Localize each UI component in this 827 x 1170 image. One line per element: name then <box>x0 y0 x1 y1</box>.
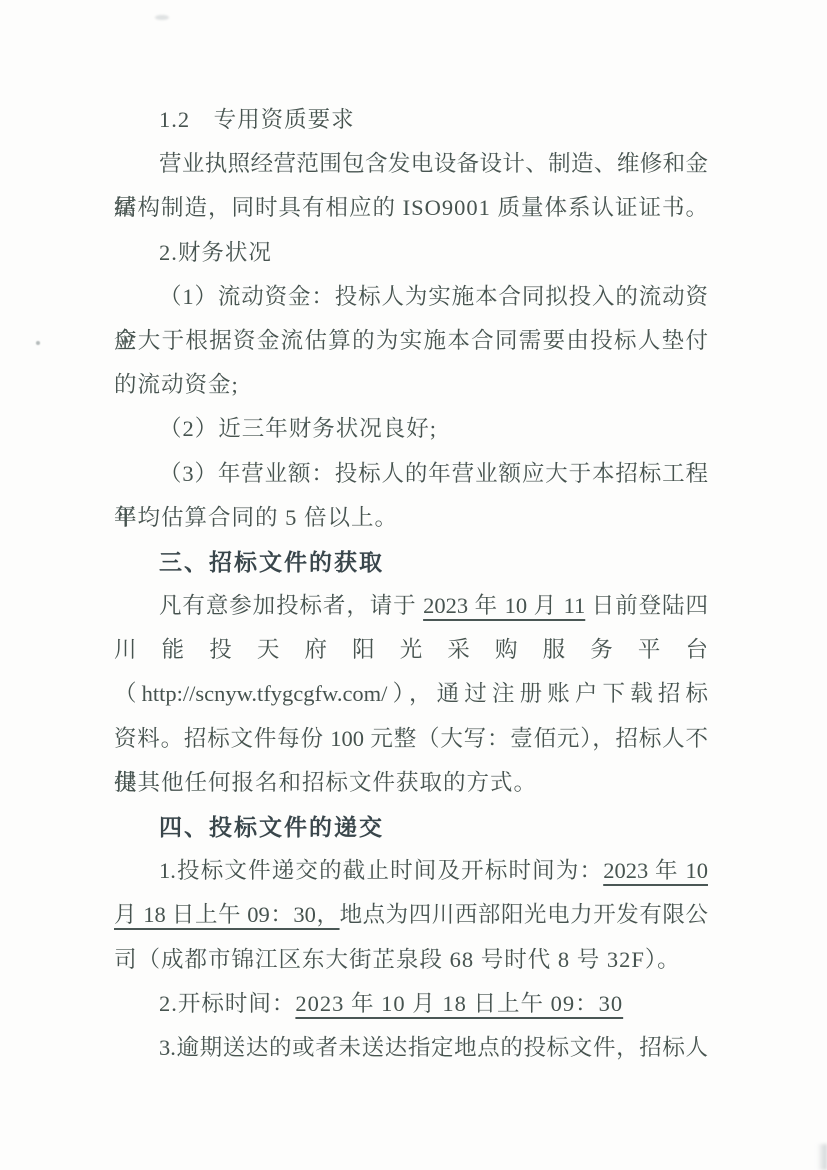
license-scope-line-1: 营业执照经营范围包含发电设备设计、制造、维修和金属 <box>114 142 708 186</box>
submission-deadline-line-1-pre: 1.投标文件递交的截止时间及开标时间为： <box>159 858 603 883</box>
submission-deadline-time-underlined: 月 18 日上午 09：30， <box>114 902 340 927</box>
obtain-para-line-1-post: 日前登陆四 <box>585 593 708 618</box>
bid-opening-time-label: 2.开标时间： <box>159 991 295 1016</box>
license-scope-line-2-text: 结构制造，同时具有相应的 ISO9001 质量体系认证证书。 <box>114 195 709 220</box>
section-heading-obtain-documents-text: 三、招标文件的获取 <box>159 549 384 575</box>
section-heading-submit-documents: 四、投标文件的递交 <box>114 805 708 849</box>
submission-deadline-line-2: 月 18 日上午 09：30，地点为四川西部阳光电力开发有限公 <box>114 893 708 937</box>
company-address-text: 司（成都市锦江区东大街芷泉段 68 号时代 8 号 32F）。 <box>114 947 681 972</box>
scan-artifact-left-dot <box>36 341 40 345</box>
annual-turnover-line-2-text: 平均估算合同的 5 倍以上。 <box>114 505 398 530</box>
obtain-para-line-1-pre: 凡有意参加投标者，请于 <box>159 593 423 618</box>
annual-turnover-line-1: （3）年营业额：投标人的年营业额应大于本招标工程年 <box>114 452 708 496</box>
submission-location-text: 地点为四川西部阳光电力开发有限公 <box>340 902 708 927</box>
late-submission-text: 3.逾期送达的或者未送达指定地点的投标文件，招标人 <box>159 1035 708 1060</box>
clause-1-2-heading-text: 1.2 专用资质要求 <box>159 107 355 132</box>
license-scope-line-2: 结构制造，同时具有相应的 ISO9001 质量体系认证证书。 <box>114 186 708 230</box>
platform-url-text: （http://scnyw.tfygcgfw.com/），通过注册账户下载招标 <box>114 681 708 706</box>
no-other-method-text: 供其他任何报名和招标文件获取的方式。 <box>114 770 537 795</box>
bid-opening-time-underlined: 2023 年 10 月 18 日上午 09：30 <box>295 991 623 1016</box>
company-address-line: 司（成都市锦江区东大街芷泉段 68 号时代 8 号 32F）。 <box>114 938 708 982</box>
platform-name-text: 川能投天府阳光采购服务平台 <box>114 637 708 662</box>
financial-status-item-2-text: （2）近三年财务状况良好; <box>159 416 437 441</box>
clause-1-2-heading: 1.2 专用资质要求 <box>114 98 708 142</box>
working-capital-line-2-text: 应大于根据资金流估算的为实施本合同需要由投标人垫付 <box>114 328 708 353</box>
scan-artifact-top-speck <box>155 15 169 20</box>
no-other-method-line: 供其他任何报名和招标文件获取的方式。 <box>114 761 708 805</box>
financial-status-item-2: （2）近三年财务状况良好; <box>114 407 708 451</box>
clause-2-heading: 2.财务状况 <box>114 231 708 275</box>
document-body: 1.2 专用资质要求 营业执照经营范围包含发电设备设计、制造、维修和金属 结构制… <box>114 98 708 1070</box>
working-capital-line-2: 应大于根据资金流估算的为实施本合同需要由投标人垫付 <box>114 319 708 363</box>
submission-deadline-date-underlined: 2023 年 10 <box>603 858 708 883</box>
working-capital-line-1: （1）流动资金：投标人为实施本合同拟投入的流动资金 <box>114 275 708 319</box>
scan-artifact-bottom-right-smudge <box>817 1144 827 1170</box>
document-page: 1.2 专用资质要求 营业执照经营范围包含发电设备设计、制造、维修和金属 结构制… <box>0 0 827 1170</box>
obtain-para-line-1: 凡有意参加投标者，请于 2023 年 10 月 11 日前登陆四 <box>114 584 708 628</box>
section-heading-obtain-documents: 三、招标文件的获取 <box>114 540 708 584</box>
platform-url-line: （http://scnyw.tfygcgfw.com/），通过注册账户下载招标 <box>114 672 708 716</box>
working-capital-line-3-text: 的流动资金; <box>114 372 239 397</box>
section-heading-submit-documents-text: 四、投标文件的递交 <box>159 814 384 840</box>
clause-2-heading-text: 2.财务状况 <box>159 240 272 265</box>
platform-name-spread-line: 川能投天府阳光采购服务平台 <box>114 628 708 672</box>
working-capital-line-3: 的流动资金; <box>114 363 708 407</box>
submission-deadline-line-1: 1.投标文件递交的截止时间及开标时间为：2023 年 10 <box>114 849 708 893</box>
bid-opening-time-line: 2.开标时间：2023 年 10 月 18 日上午 09：30 <box>114 982 708 1026</box>
document-fee-line: 资料。招标文件每份 100 元整（大写：壹佰元），招标人不提 <box>114 717 708 761</box>
late-submission-line: 3.逾期送达的或者未送达指定地点的投标文件，招标人 <box>114 1026 708 1070</box>
registration-deadline-underlined: 2023 年 10 月 11 <box>423 593 585 618</box>
annual-turnover-line-2: 平均估算合同的 5 倍以上。 <box>114 496 708 540</box>
